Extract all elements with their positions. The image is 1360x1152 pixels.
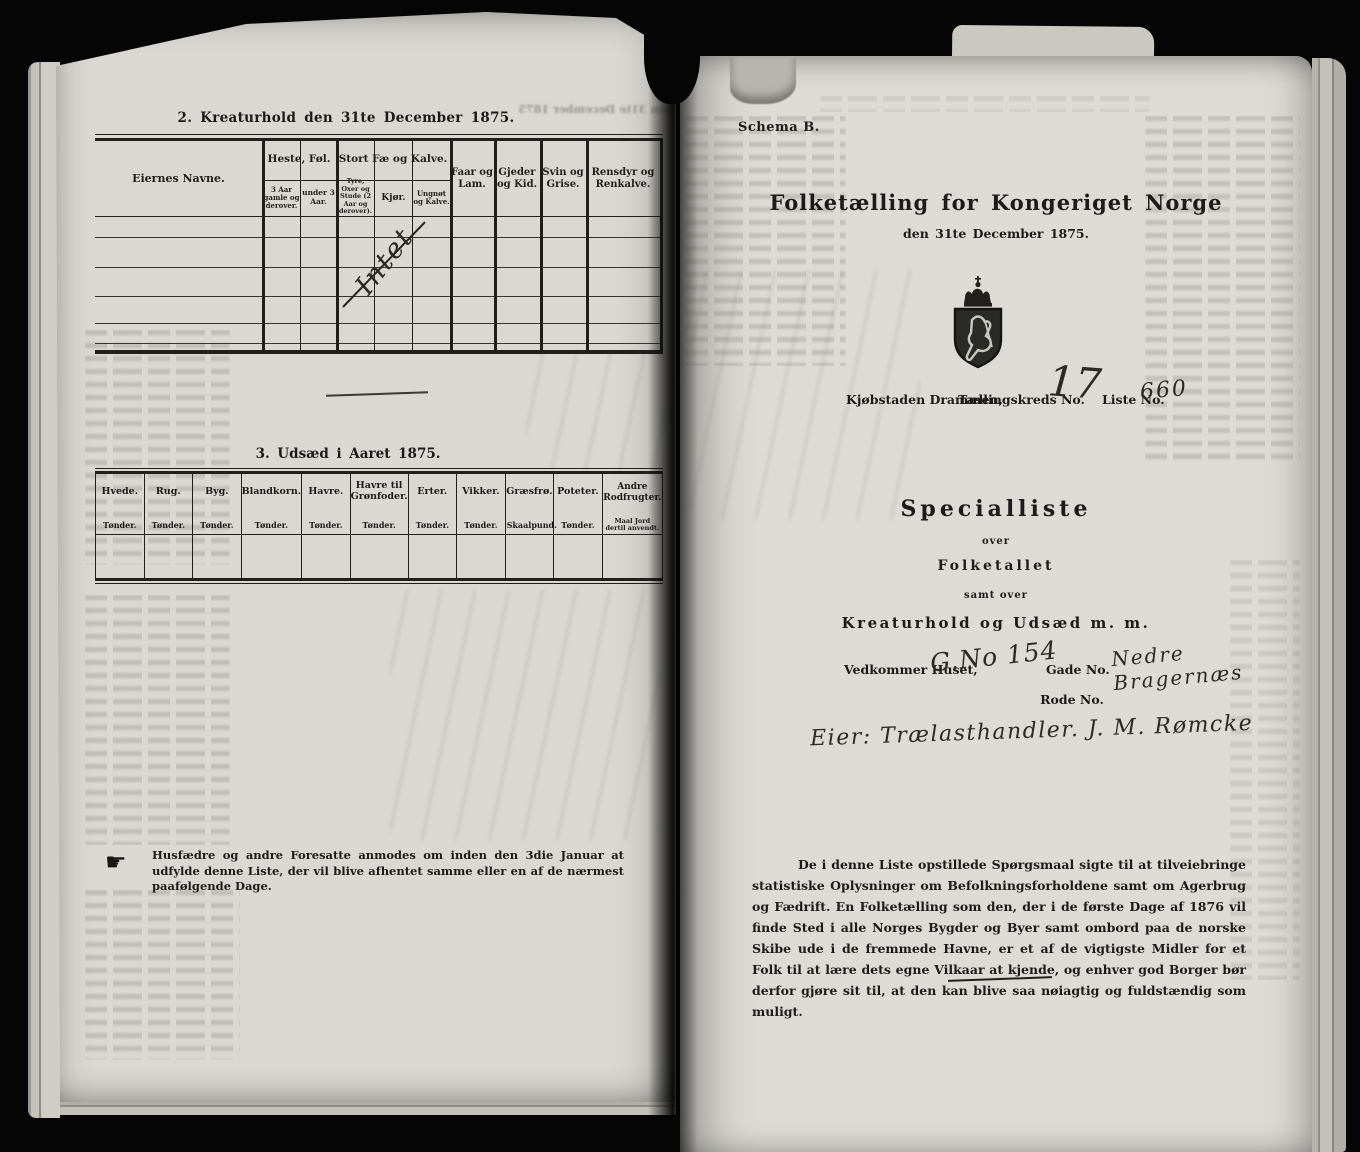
table-border xyxy=(95,578,663,581)
bleedthrough-text xyxy=(820,96,1150,112)
col-unit: Tønder. xyxy=(97,521,143,531)
col-unit: Tønder. xyxy=(194,521,240,531)
col-hvede: Hvede.Tønder. xyxy=(96,474,145,578)
footnote-text: Husfædre og andre Foresatte anmodes om i… xyxy=(152,848,624,895)
table-row-line xyxy=(95,237,663,238)
col-header-cattle-young: Ungnøt og Kalve. xyxy=(413,180,450,216)
house-value: G.No 154 xyxy=(929,635,1059,677)
book-gutter xyxy=(648,0,698,1152)
col-header-sheep: Faar og Lam. xyxy=(450,142,494,216)
specialliste-folketallet: Folketallet xyxy=(800,558,1192,574)
table-border xyxy=(95,350,663,354)
handwritten-underline-stroke xyxy=(342,221,425,307)
col-label: Havre til Grønfoder. xyxy=(351,480,408,502)
coat-of-arms-icon xyxy=(948,276,1008,372)
table-border xyxy=(95,216,663,217)
col-unit: Skaalpund. xyxy=(507,521,553,531)
col-unit: Tønder. xyxy=(243,521,300,531)
specialliste-kreaturhold: Kreaturhold og Udsæd m. m. xyxy=(800,614,1192,632)
book-gutter-top xyxy=(644,0,700,104)
notice-paragraph: De i denne Liste opstillede Spørgsmaal s… xyxy=(752,854,1246,1022)
col-label: Rug. xyxy=(156,486,181,497)
col-label: Blandkorn. xyxy=(242,486,301,497)
kreaturhold-table: Eiernes Navne. Heste, Føl. 3 Aar gamle o… xyxy=(95,134,663,356)
right-page: Schema B. Folketælling for Kongeriget No… xyxy=(680,56,1312,1152)
torn-paper-corner xyxy=(730,58,796,104)
col-label: Vikker. xyxy=(462,486,499,497)
col-header-horses: Heste, Føl. xyxy=(262,142,336,176)
bleedthrough-text xyxy=(1145,116,1300,461)
col-label: Græsfrø. xyxy=(506,486,552,497)
col-label: Hvede. xyxy=(101,486,138,497)
col-poteter: Poteter.Tønder. xyxy=(554,474,603,578)
col-unit: Tønder. xyxy=(410,521,456,531)
page-stack-right xyxy=(1312,58,1346,1152)
col-header-goats: Gjeder og Kid. xyxy=(494,142,540,216)
table-border xyxy=(95,138,663,141)
col-rug: Rug.Tønder. xyxy=(145,474,194,578)
pen-stroke xyxy=(326,391,428,396)
table-row-line xyxy=(95,343,663,344)
specialliste-samt-over: samt over xyxy=(800,590,1192,601)
col-unit: Tønder. xyxy=(555,521,601,531)
col-header-pigs: Svin og Grise. xyxy=(540,142,586,216)
footnote: ☛ Husfædre og andre Foresatte anmodes om… xyxy=(95,848,640,895)
left-page: den 31te December 1875 2. Kreaturhold de… xyxy=(56,10,676,1102)
col-havre-gronfoder: Havre til Grønfoder.Tønder. xyxy=(351,474,409,578)
col-erter: Erter.Tønder. xyxy=(409,474,458,578)
schema-label: Schema B. xyxy=(738,120,820,135)
street-label: Gade No. xyxy=(1046,662,1110,677)
page-subtitle: den 31te December 1875. xyxy=(680,226,1312,241)
col-vikker: Vikker.Tønder. xyxy=(457,474,506,578)
col-unit: Tønder. xyxy=(352,521,407,531)
kreaturhold-title: 2. Kreaturhold den 31te December 1875. xyxy=(156,110,536,126)
bleedthrough-text xyxy=(85,595,230,845)
col-havre: Havre.Tønder. xyxy=(302,474,351,578)
rode-label: Rode No. xyxy=(1032,692,1112,707)
col-label: Byg. xyxy=(205,486,229,497)
specialliste-heading: Specialliste xyxy=(800,496,1192,522)
col-header-cattle-bulls: Tyre, Oxer og Stude (2 Aar og derover). xyxy=(337,178,374,216)
col-label: Erter. xyxy=(417,486,447,497)
bleedthrough-text xyxy=(85,890,240,1060)
bleedthrough-handwriting xyxy=(526,350,666,470)
bleedthrough-handwriting xyxy=(390,590,660,840)
list-value: 660 xyxy=(1139,376,1189,405)
col-label: Havre. xyxy=(308,486,343,497)
table-border xyxy=(95,134,663,135)
col-unit: Tønder. xyxy=(146,521,192,531)
col-header-horses-under3: under 3 Aar. xyxy=(301,180,336,216)
col-label: Poteter. xyxy=(557,486,599,497)
book-scan: den 31te December 1875 2. Kreaturhold de… xyxy=(0,0,1360,1152)
col-blandkorn: Blandkorn.Tønder. xyxy=(242,474,302,578)
udsaed-title: 3. Udsæd i Aaret 1875. xyxy=(168,446,528,462)
table-row-line xyxy=(95,296,663,297)
col-graesfro: Græsfrø.Skaalpund. xyxy=(506,474,555,578)
page-title: Folketælling for Kongeriget Norge xyxy=(680,190,1312,215)
col-header-cattle: Stort Fæ og Kalve. xyxy=(336,142,450,176)
table-border xyxy=(95,583,663,584)
col-byg: Byg.Tønder. xyxy=(193,474,242,578)
owner-line: Eier: Trælasthandler. J. M. Rømcke xyxy=(810,710,1291,752)
census-district-value: 17 xyxy=(1046,356,1103,409)
udsaed-table: Hvede.Tønder. Rug.Tønder. Byg.Tønder. Bl… xyxy=(95,468,663,585)
specialliste-over: over xyxy=(800,536,1192,547)
col-header-horses-over3: 3 Aar gamle og derover. xyxy=(263,180,300,216)
manicule-icon: ☛ xyxy=(105,848,127,876)
page-stack-left xyxy=(28,62,60,1118)
table-row-line xyxy=(95,323,663,324)
col-unit: Tønder. xyxy=(458,521,504,531)
udsaed-columns: Hvede.Tønder. Rug.Tønder. Byg.Tønder. Bl… xyxy=(95,474,663,578)
col-header-cattle-cows: Kjør. xyxy=(375,180,412,216)
col-unit: Tønder. xyxy=(303,521,349,531)
col-header-owner: Eiernes Navne. xyxy=(95,142,262,216)
table-border xyxy=(95,468,663,469)
page-stack-bottom-left xyxy=(60,1102,676,1115)
